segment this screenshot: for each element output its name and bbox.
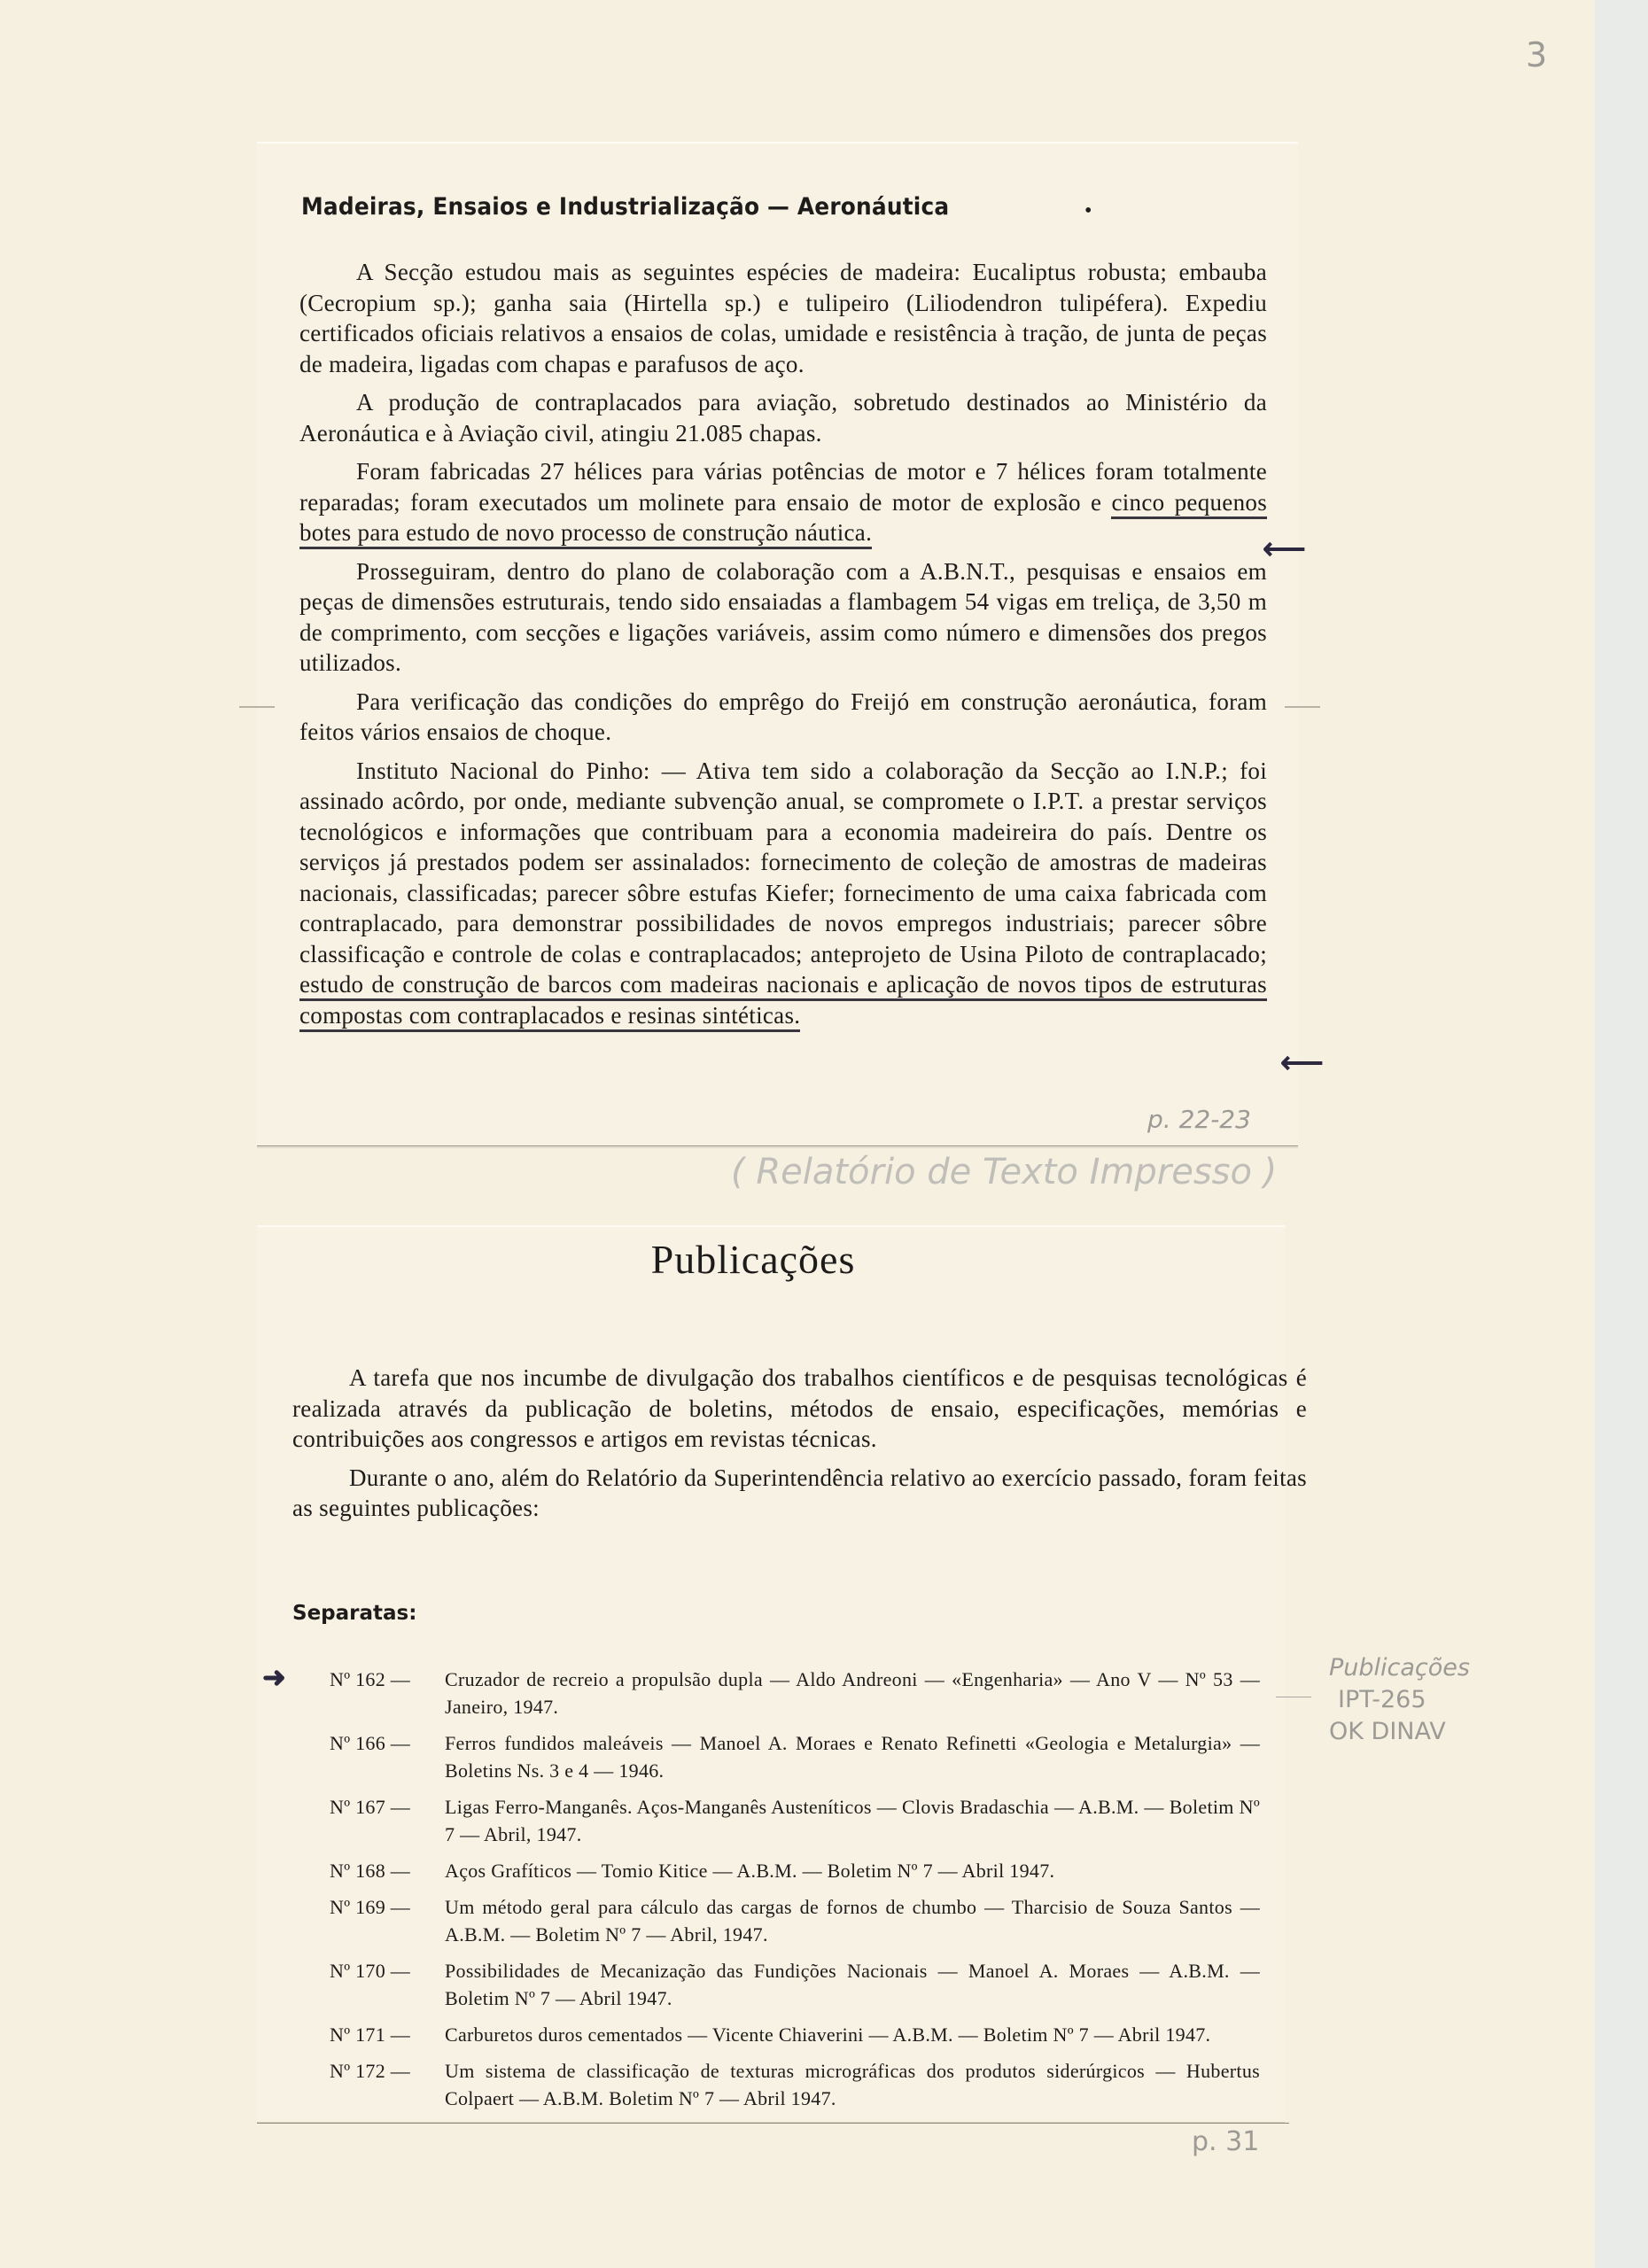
paragraph: A tarefa que nos incumbe de divulgação d…	[292, 1363, 1307, 1455]
paragraph-underlined: Foram fabricadas 27 hélices para várias …	[299, 456, 1267, 548]
list-item: Nº 162 —Cruzador de recreio a propulsão …	[330, 1666, 1260, 1720]
margin-arrow-icon: ⟵	[1263, 532, 1306, 567]
list-item: Nº 167 —Ligas Ferro-Manganês. Aços-Manga…	[330, 1793, 1260, 1848]
separatas-list: Nº 162 —Cruzador de recreio a propulsão …	[330, 1666, 1260, 2121]
paragraph: Durante o ano, além do Relatório da Supe…	[292, 1463, 1307, 1524]
side-note-line: Publicações	[1329, 1652, 1470, 1684]
wood-section-body: A Secção estudou mais as seguintes espéc…	[299, 257, 1267, 1038]
margin-tick-left	[239, 706, 275, 708]
side-note: Publicações IPT-265 OK DINAV	[1329, 1652, 1470, 1748]
paragraph-underlined: Instituto Nacional do Pinho: — Ativa tem…	[299, 756, 1267, 1031]
stray-mark: •	[1084, 199, 1092, 223]
note-connector-line	[1276, 1697, 1311, 1697]
margin-tick-right	[1285, 706, 1320, 708]
section-title: Madeiras, Ensaios e Industrialização — A…	[301, 193, 949, 221]
publications-title: Publicações	[0, 1236, 1648, 1283]
list-item: Nº 166 —Ferros fundidos maleáveis — Mano…	[330, 1729, 1260, 1784]
paragraph: A Secção estudou mais as seguintes espéc…	[299, 257, 1267, 379]
list-item: Nº 170 —Possibilidades de Mecanização da…	[330, 1957, 1260, 2012]
list-item: Nº 172 —Um sistema de classificação de t…	[330, 2057, 1260, 2112]
publications-intro: A tarefa que nos incumbe de divulgação d…	[292, 1363, 1307, 1532]
separatas-label: Separatas:	[292, 1602, 416, 1625]
side-note-line: IPT-265	[1329, 1684, 1470, 1716]
handwritten-note: ( Relatório de Texto Impresso )	[731, 1152, 1277, 1192]
page-ref-annotation: p. 31	[1192, 2126, 1259, 2157]
text: Instituto Nacional do Pinho: — Ativa tem…	[299, 757, 1267, 967]
paragraph: Prosseguiram, dentro do plano de colabor…	[299, 556, 1267, 679]
page-ref-annotation: p. 22-23	[1147, 1105, 1251, 1134]
page-number-annotation: 3	[1526, 35, 1547, 74]
pointer-arrow-icon: ➜	[262, 1660, 286, 1694]
list-item: Nº 171 —Carburetos duros cementados — Vi…	[330, 2021, 1260, 2048]
margin-arrow-icon: ⟵	[1280, 1045, 1324, 1081]
paragraph: Para verificação das condições do emprêg…	[299, 687, 1267, 748]
list-item: Nº 169 —Um método geral para cálculo das…	[330, 1893, 1260, 1948]
list-item: Nº 168 —Aços Grafíticos — Tomio Kitice —…	[330, 1857, 1260, 1884]
underlined-text: estudo de construção de barcos com madei…	[299, 971, 1267, 1032]
side-note-line: OK DINAV	[1329, 1716, 1470, 1748]
clip-bottom-rule	[257, 2123, 1289, 2124]
clip-bottom-rule	[257, 1146, 1298, 1146]
paragraph: A produção de contraplacados para aviaçã…	[299, 387, 1267, 448]
